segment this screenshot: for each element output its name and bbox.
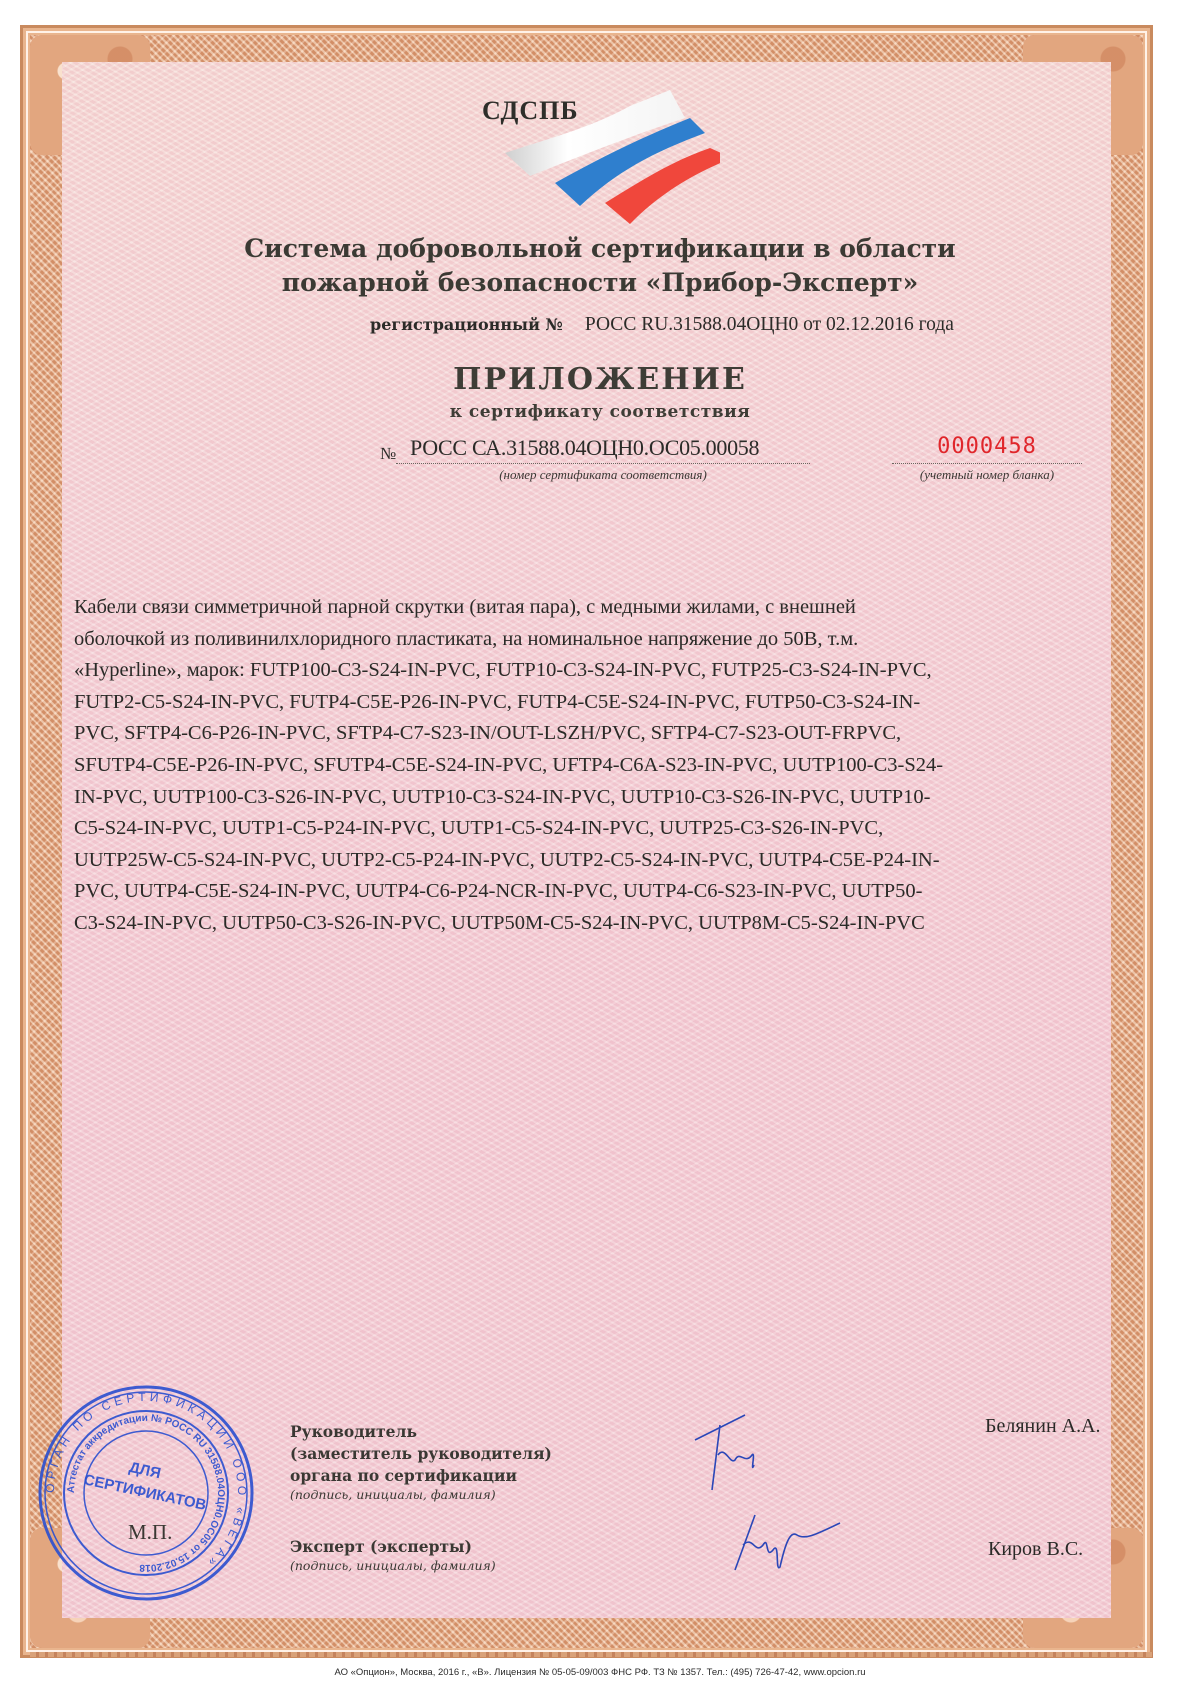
certificate-number-underline: [396, 463, 810, 464]
document-subtitle: к сертификату соответствия: [0, 402, 1200, 422]
head-label-2: (заместитель руководителя): [290, 1443, 552, 1465]
head-signature-block: Руководитель (заместитель руководителя) …: [290, 1421, 552, 1502]
description-line: UUTP25W-C5-S24-IN-PVC, UUTP2-C5-P24-IN-P…: [74, 845, 1114, 877]
organization-title-line2: пожарной безопасности «Прибор-Эксперт»: [0, 266, 1200, 299]
head-label-3: органа по сертификации: [290, 1465, 552, 1487]
logo-text: СДСПБ: [482, 96, 579, 126]
expert-name: Киров В.С.: [988, 1538, 1083, 1561]
product-description: Кабели связи симметричной парной скрутки…: [74, 592, 1114, 940]
blank-number-caption: (учетный номер бланка): [892, 467, 1082, 483]
expert-caption: (подпись, инициалы, фамилия): [290, 1558, 496, 1573]
stamp-place-label: М.П.: [128, 1520, 172, 1545]
stamp-seal-icon: ОРГАН ПО СЕРТИФИКАЦИИ ООО «ВЕГА» Аттеста…: [36, 1383, 256, 1603]
head-caption: (подпись, инициалы, фамилия): [290, 1487, 552, 1502]
description-line: Кабели связи симметричной парной скрутки…: [74, 592, 1114, 624]
description-line: IN-PVC, UUTP100-C3-S26-IN-PVC, UUTP10-C3…: [74, 782, 1114, 814]
head-name: Белянин А.А.: [985, 1415, 1101, 1438]
registration-value: РОСС RU.31588.04ОЦН0 от 02.12.2016 года: [585, 314, 954, 335]
description-line: SFUTP4-C5E-P26-IN-PVC, SFUTP4-C5E-S24-IN…: [74, 750, 1114, 782]
registration-line: регистрационный №РОСС RU.31588.04ОЦН0 от…: [370, 314, 954, 336]
certificate-number: РОСС СА.31588.04ОЦН0.ОС05.00058: [410, 435, 759, 461]
blank-number-underline: [892, 463, 1082, 464]
document-title: ПРИЛОЖЕНИЕ: [0, 362, 1200, 397]
printer-footer: АО «Опцион», Москва, 2016 г., «В». Лицен…: [0, 1667, 1200, 1678]
description-line: C3-S24-IN-PVC, UUTP50-C3-S26-IN-PVC, UUT…: [74, 908, 1114, 940]
svg-text:ДЛЯ: ДЛЯ: [128, 1459, 163, 1482]
head-signature-icon: [690, 1405, 790, 1495]
footer-divider: [30, 1652, 1153, 1657]
head-label-1: Руководитель: [290, 1421, 552, 1443]
description-line: «Hyperline», марок: FUTP100-C3-S24-IN-PV…: [74, 655, 1114, 687]
description-line: оболочкой из поливинилхлоридного пластик…: [74, 624, 1114, 656]
description-line: FUTP2-C5-S24-IN-PVC, FUTP4-C5E-P26-IN-PV…: [74, 687, 1114, 719]
number-sign: №: [380, 444, 396, 464]
organization-title-line1: Система добровольной сертификации в обла…: [0, 232, 1200, 265]
certificate-number-caption: (номер сертификата соответствия): [396, 467, 810, 483]
blank-number: 0000458: [892, 434, 1082, 459]
description-line: PVC, SFTP4-C6-P26-IN-PVC, SFTP4-C7-S23-I…: [74, 718, 1114, 750]
expert-signature-icon: [725, 1505, 845, 1575]
description-line: PVC, UUTP4-C5E-S24-IN-PVC, UUTP4-C6-P24-…: [74, 876, 1114, 908]
expert-label: Эксперт (эксперты): [290, 1536, 496, 1558]
description-line: C5-S24-IN-PVC, UUTP1-C5-P24-IN-PVC, UUTP…: [74, 813, 1114, 845]
expert-signature-block: Эксперт (эксперты) (подпись, инициалы, ф…: [290, 1536, 496, 1573]
registration-label: регистрационный №: [370, 315, 563, 334]
